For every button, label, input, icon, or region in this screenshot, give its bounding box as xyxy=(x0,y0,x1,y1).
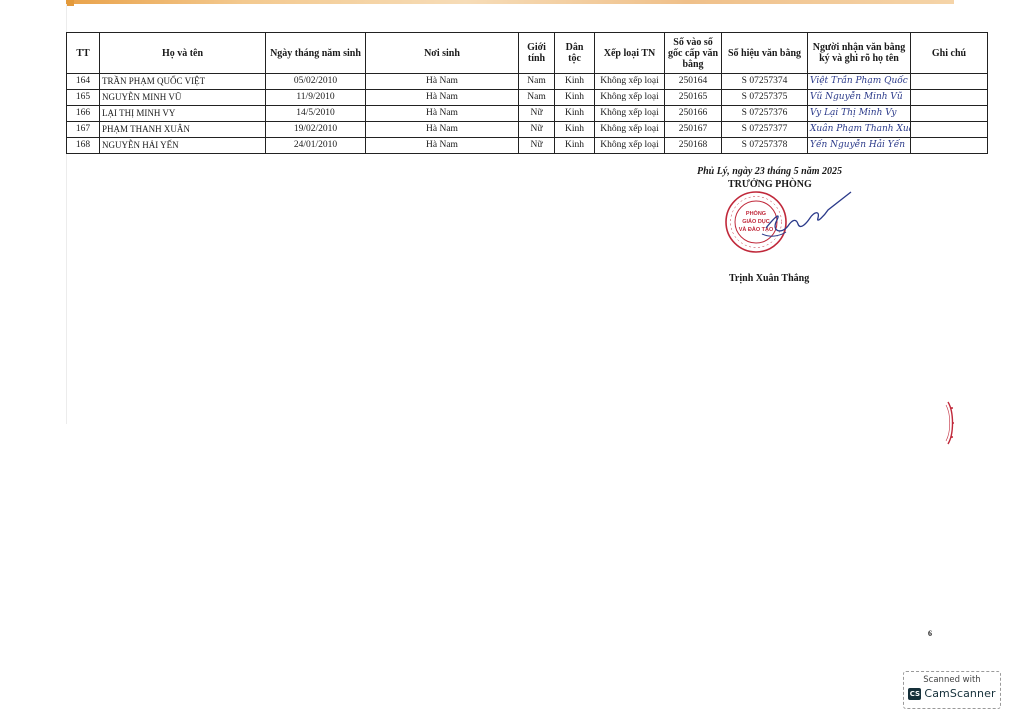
camscanner-badge: Scanned with CS CamScanner xyxy=(903,671,1001,709)
cell-birthplace: Hà Nam xyxy=(366,106,519,122)
header-ledger: Số vào số gốc cấp văn bằng xyxy=(665,33,722,74)
table-body: 164TRẦN PHẠM QUỐC VIỆT05/02/2010Hà NamNa… xyxy=(67,74,988,154)
cell-tt: 168 xyxy=(67,138,100,154)
cell-recipient: Xuân Phạm Thanh Xuân xyxy=(808,122,911,138)
cell-recipient: Yến Nguyễn Hải Yến xyxy=(808,138,911,154)
cell-gender: Nữ xyxy=(519,122,555,138)
camscanner-brand: CamScanner xyxy=(924,687,995,700)
cell-gender: Nam xyxy=(519,90,555,106)
cell-rank: Không xếp loại xyxy=(595,106,665,122)
cell-ledger: 250165 xyxy=(665,90,722,106)
place-date: Phủ Lý, ngày 23 tháng 5 năm 2025 xyxy=(697,166,842,177)
camscanner-logo-icon: CS xyxy=(908,688,921,700)
cell-serial: S 07257378 xyxy=(722,138,808,154)
scan-top-edge-corner xyxy=(66,0,74,6)
header-tt: TT xyxy=(67,33,100,74)
cell-rank: Không xếp loại xyxy=(595,122,665,138)
cell-dob: 11/9/2010 xyxy=(266,90,366,106)
header-recipient: Người nhận văn bằng ký và ghi rõ họ tên xyxy=(808,33,911,74)
table-row: 166LẠI THỊ MINH VY14/5/2010Hà NamNữKinhK… xyxy=(67,106,988,122)
cell-rank: Không xếp loại xyxy=(595,138,665,154)
cell-name: LẠI THỊ MINH VY xyxy=(100,106,266,122)
cell-ledger: 250167 xyxy=(665,122,722,138)
cell-ledger: 250168 xyxy=(665,138,722,154)
cell-gender: Nam xyxy=(519,74,555,90)
cell-birthplace: Hà Nam xyxy=(366,90,519,106)
cell-ledger: 250164 xyxy=(665,74,722,90)
header-serial: Số hiệu văn bằng xyxy=(722,33,808,74)
signature-icon xyxy=(756,188,856,248)
cell-tt: 165 xyxy=(67,90,100,106)
cell-birthplace: Hà Nam xyxy=(366,138,519,154)
cell-note xyxy=(911,74,988,90)
cell-dob: 14/5/2010 xyxy=(266,106,366,122)
header-note: Ghi chú xyxy=(911,33,988,74)
cell-serial: S 07257376 xyxy=(722,106,808,122)
cell-ethnicity: Kinh xyxy=(555,138,595,154)
cell-ethnicity: Kinh xyxy=(555,90,595,106)
cell-gender: Nữ xyxy=(519,138,555,154)
cell-recipient: Việt Trần Phạm Quốc Việt xyxy=(808,74,911,90)
cell-note xyxy=(911,90,988,106)
cell-ethnicity: Kinh xyxy=(555,74,595,90)
cell-birthplace: Hà Nam xyxy=(366,122,519,138)
cell-note xyxy=(911,138,988,154)
header-rank: Xếp loại TN xyxy=(595,33,665,74)
cell-rank: Không xếp loại xyxy=(595,74,665,90)
header-name: Họ và tên xyxy=(100,33,266,74)
cell-recipient: Vũ Nguyễn Minh Vũ xyxy=(808,90,911,106)
cell-dob: 19/02/2010 xyxy=(266,122,366,138)
cell-name: TRẦN PHẠM QUỐC VIỆT xyxy=(100,74,266,90)
cell-gender: Nữ xyxy=(519,106,555,122)
header-gender: Giới tính xyxy=(519,33,555,74)
cell-name: NGUYỄN HẢI YẾN xyxy=(100,138,266,154)
cell-tt: 164 xyxy=(67,74,100,90)
table-row: 168NGUYỄN HẢI YẾN24/01/2010Hà NamNữKinhK… xyxy=(67,138,988,154)
header-birthplace: Nơi sinh xyxy=(366,33,519,74)
signer-name: Trịnh Xuân Thắng xyxy=(729,273,809,284)
cell-serial: S 07257375 xyxy=(722,90,808,106)
partial-stamp-icon xyxy=(944,400,958,446)
cell-tt: 166 xyxy=(67,106,100,122)
cell-note xyxy=(911,106,988,122)
cell-note xyxy=(911,122,988,138)
cell-ethnicity: Kinh xyxy=(555,106,595,122)
table-header-row: TT Họ và tên Ngày tháng năm sinh Nơi sin… xyxy=(67,33,988,74)
scanned-with-label: Scanned with xyxy=(904,675,1000,685)
cell-ethnicity: Kinh xyxy=(555,122,595,138)
table-row: 167PHẠM THANH XUÂN19/02/2010Hà NamNữKinh… xyxy=(67,122,988,138)
cell-tt: 167 xyxy=(67,122,100,138)
diploma-recipients-table: TT Họ và tên Ngày tháng năm sinh Nơi sin… xyxy=(66,32,988,154)
table-row: 164TRẦN PHẠM QUỐC VIỆT05/02/2010Hà NamNa… xyxy=(67,74,988,90)
cell-serial: S 07257374 xyxy=(722,74,808,90)
header-dob: Ngày tháng năm sinh xyxy=(266,33,366,74)
cell-name: NGUYỄN MINH VŨ xyxy=(100,90,266,106)
cell-dob: 05/02/2010 xyxy=(266,74,366,90)
cell-ledger: 250166 xyxy=(665,106,722,122)
cell-birthplace: Hà Nam xyxy=(366,74,519,90)
header-ethnicity: Dân tộc xyxy=(555,33,595,74)
table-row: 165NGUYỄN MINH VŨ11/9/2010Hà NamNamKinhK… xyxy=(67,90,988,106)
scan-top-edge xyxy=(66,0,954,4)
cell-name: PHẠM THANH XUÂN xyxy=(100,122,266,138)
cell-dob: 24/01/2010 xyxy=(266,138,366,154)
cell-rank: Không xếp loại xyxy=(595,90,665,106)
cell-serial: S 07257377 xyxy=(722,122,808,138)
page-number: 6 xyxy=(928,629,932,638)
cell-recipient: Vy Lại Thị Minh Vy xyxy=(808,106,911,122)
